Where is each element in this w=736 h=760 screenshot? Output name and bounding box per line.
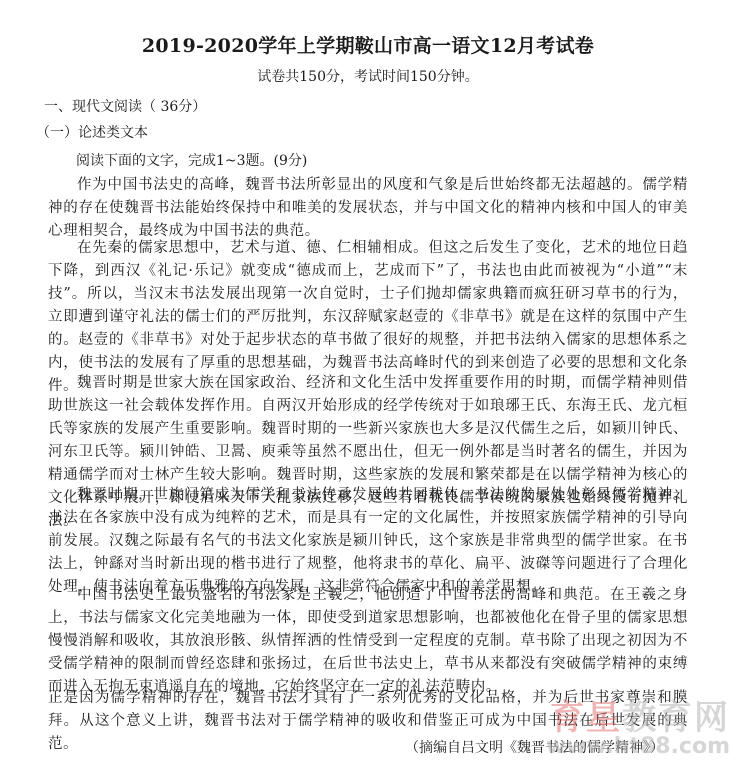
reading-instruction: 阅读下面的文字，完成1~3题。(9分) [76,150,307,170]
exam-title: 2019-2020学年上学期鞍山市高一语文12月考试卷 [0,31,736,58]
paragraph-4: 魏晋时期，世族门第成为儒学和书法传承发展的共同载体，书法的发展处处彰显儒学精神。… [48,484,688,599]
subsection-heading: （一）论述类文本 [36,122,148,142]
exam-subtitle: 试卷共150分，考试时间150分钟。 [0,66,736,86]
paragraph-1: 作为中国书法史的高峰，魏晋书法所彰显出的风度和气象是后世始终都无法超越的。儒学精… [48,174,688,243]
source-citation: （摘编自吕文明《魏晋书法的儒学精神》） [405,737,664,757]
paragraph-5: 中国书法史上最负盛名的书法家是王羲之，他创造了中国书法的高峰和典范。在王羲之身上… [48,584,688,699]
section-heading: 一、现代文阅读（ 36分） [44,96,206,116]
